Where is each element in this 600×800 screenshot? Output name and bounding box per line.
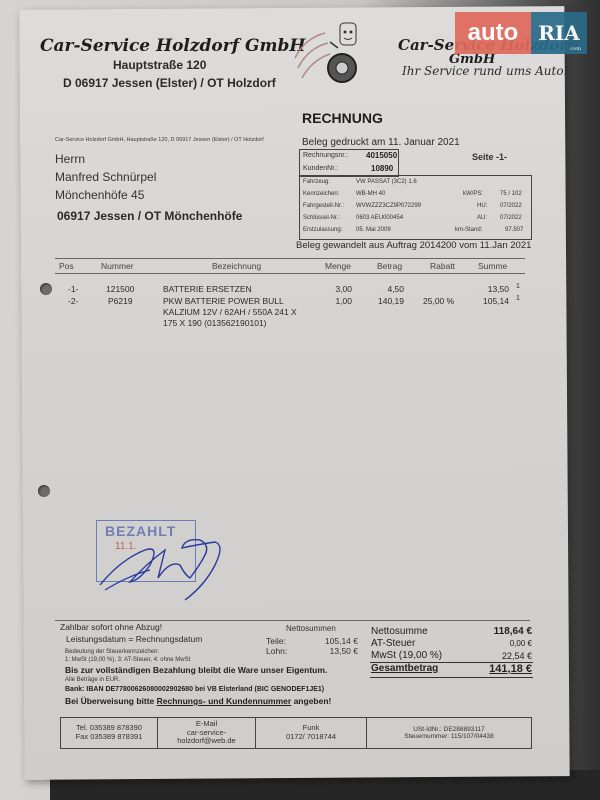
total-value: 141,18 € [470, 663, 532, 675]
company-slogan: Ihr Service rund ums Auto! [402, 64, 568, 78]
mascot-tire-icon [290, 18, 370, 90]
au-label: AU: [477, 215, 487, 221]
invoice-title: RECHNUNG [302, 110, 383, 126]
hu: 07/2022 [500, 203, 522, 209]
tax-number: Steuernummer: 115/107/04438 [367, 733, 531, 740]
tax-id-cell: USt-IdNr.: DE288893117 Steuernummer: 115… [367, 718, 531, 748]
row-bezeichnung: BATTERIE ERSETZEN [163, 284, 252, 294]
col-rabatt: Rabatt [430, 261, 455, 271]
row-pos: -2- [68, 296, 78, 306]
currency-note: Alle Beträge in EUR. [65, 677, 120, 683]
km-label: km-Stand: [455, 227, 482, 233]
watermark-ria-text: RIA [538, 21, 580, 45]
col-menge: Menge [325, 261, 351, 271]
vat-value: 22,54 € [470, 651, 532, 661]
ownership-note: Bis zur vollständigen Bezahlung bleibt d… [65, 665, 327, 675]
email[interactable]: car-service-holzdorf@web.de [158, 729, 255, 746]
row-pos: -1- [68, 284, 78, 294]
invoice-number-label: Rechnungsnr.: [303, 152, 348, 159]
converted-note: Beleg gewandelt aus Auftrag 2014200 vom … [296, 240, 531, 251]
service-date-note: Leistungsdatum = Rechnungsdatum [66, 634, 202, 644]
at-tax-label: AT-Steuer [371, 638, 415, 649]
tax-codes: 1: MwSt (19,00 %), 3: AT-Steuer, 4: ohne… [65, 657, 190, 663]
col-betrag: Betrag [377, 261, 402, 271]
company-name: Car-Service Holzdorf GmbH [40, 36, 305, 56]
vat-id: USt-IdNr.: DE288893117 [367, 726, 531, 733]
watermark-auto: auto [455, 12, 531, 54]
netto-label: Nettosumme [371, 626, 428, 637]
tax-meaning: Bedeutung der Steuerkennzeichen: [65, 649, 159, 655]
signature [90, 520, 240, 610]
total-label: Gesamtbetrag [371, 663, 438, 674]
bank-details: Bank: IBAN DE77800626080002902680 bei VB… [65, 686, 324, 693]
row-summe: 13,50 [475, 284, 509, 294]
row-nummer: P6219 [108, 296, 133, 306]
hu-label: HU: [477, 203, 487, 209]
vin-label: Fahrgestell-Nr.: [303, 203, 356, 209]
punch-hole [40, 283, 52, 295]
row-menge: 3,00 [320, 284, 352, 294]
contact-table: Tel. 035389 878390 Fax 035389 878391 E-M… [60, 717, 532, 749]
recipient-salutation: Herrn [55, 152, 85, 166]
col-nummer: Nummer [101, 261, 134, 271]
footer-divider [55, 620, 530, 621]
row-tax-code: 1 [516, 283, 520, 290]
vehicle-label: Fahrzeug: [303, 179, 356, 185]
fax: Fax 035389 878391 [61, 733, 157, 742]
invoice-number: 4015050 [366, 151, 397, 160]
row-tax-code: 1 [516, 295, 520, 302]
phone-cell: Tel. 035389 878390 Fax 035389 878391 [61, 718, 158, 748]
page-number: Seite -1- [472, 152, 507, 162]
transfer-note: Bei Überweisung bitte Rechnungs- und Kun… [65, 696, 331, 706]
total-double-line [370, 677, 533, 678]
punch-hole [38, 485, 50, 497]
payment-terms: Zahlbar sofort ohne Abzug! [60, 622, 162, 632]
vat-label: MwSt (19,00 %) [371, 650, 442, 661]
transfer-post: angeben! [291, 696, 331, 706]
company-city: D 06917 Jessen (Elster) / OT Holzdorf [63, 76, 276, 90]
registration-label: Erstzulassung: [303, 227, 356, 233]
labor-label: Lohn: [266, 646, 287, 656]
sender-line: Car-Service Holzdorf GmbH, Hauptstraße 1… [55, 137, 264, 143]
watermark-ria: RIA .com [531, 12, 587, 54]
printed-date: Beleg gedruckt am 11. Januar 2021 [302, 137, 460, 148]
watermark-domain: .com [569, 47, 581, 52]
kwps: 75 / 102 [500, 191, 522, 197]
col-pos: Pos [59, 261, 74, 271]
recipient-street: Mönchenhöfe 45 [55, 188, 144, 202]
row-bezeichnung: PKW BATTERIE POWER BULL [163, 296, 284, 306]
au: 07/2022 [500, 215, 522, 221]
plate-label: Kennzeichen: [303, 191, 356, 197]
col-summe: Summe [478, 261, 507, 271]
invoice-number-box: Rechnungsnr.: 4015050 KundenNr.: 10890 [299, 149, 399, 177]
mobile-cell: Funk 0172/ 7018744 [256, 718, 367, 748]
company-street: Hauptstraße 120 [113, 58, 206, 72]
row-menge: 1,00 [320, 296, 352, 306]
registration-date: 05. Mai 2009 [356, 227, 391, 233]
row-summe: 105,14 [470, 296, 509, 306]
km: 97.507 [505, 227, 523, 233]
row-bezeichnung-3: 175 X 190 (013562190101) [163, 318, 267, 328]
key-number: 0603 AEU000454 [356, 215, 403, 221]
vehicle-model: VW PASSAT (3C2) 1.6 [356, 179, 417, 185]
plate: WB-MH 40 [356, 191, 385, 197]
customer-number: 10890 [371, 164, 393, 173]
customer-number-label: KundenNr.: [303, 165, 338, 172]
key-label: Schlüssel-Nr.: [303, 215, 356, 221]
autoria-watermark: auto RIA .com [455, 12, 587, 54]
at-tax-value: 0,00 € [470, 639, 532, 648]
recipient-name: Manfred Schnürpel [55, 170, 156, 184]
transfer-underlined: Rechnungs- und Kundennummer [157, 696, 292, 706]
table-header: Pos Nummer Bezeichnung Menge Betrag Raba… [55, 258, 525, 274]
parts-value: 105,14 € [298, 636, 358, 646]
mobile: 0172/ 7018744 [256, 733, 366, 742]
col-bezeichnung: Bezeichnung [212, 261, 261, 271]
row-betrag: 4,50 [370, 284, 404, 294]
netto-value: 118,64 € [470, 626, 532, 637]
email-cell: E-Mail car-service-holzdorf@web.de [158, 718, 256, 748]
vehicle-box: Fahrzeug:VW PASSAT (3C2) 1.6 Kennzeichen… [299, 175, 532, 240]
transfer-pre: Bei Überweisung bitte [65, 696, 157, 706]
labor-value: 13,50 € [298, 646, 358, 656]
recipient-city: 06917 Jessen / OT Mönchenhöfe [57, 209, 242, 223]
row-bezeichnung-2: KALZIUM 12V / 62AH / 550A 241 X [163, 307, 297, 317]
row-nummer: 121500 [106, 284, 134, 294]
netto-sums-title: Nettosummen [286, 624, 336, 633]
vin: WVWZZZ3CZ9P072299 [356, 203, 421, 209]
row-rabatt: 25,00 % [423, 296, 454, 306]
kwps-label: kW/PS: [463, 191, 483, 197]
row-betrag: 140,19 [366, 296, 404, 306]
parts-label: Teile: [266, 636, 286, 646]
